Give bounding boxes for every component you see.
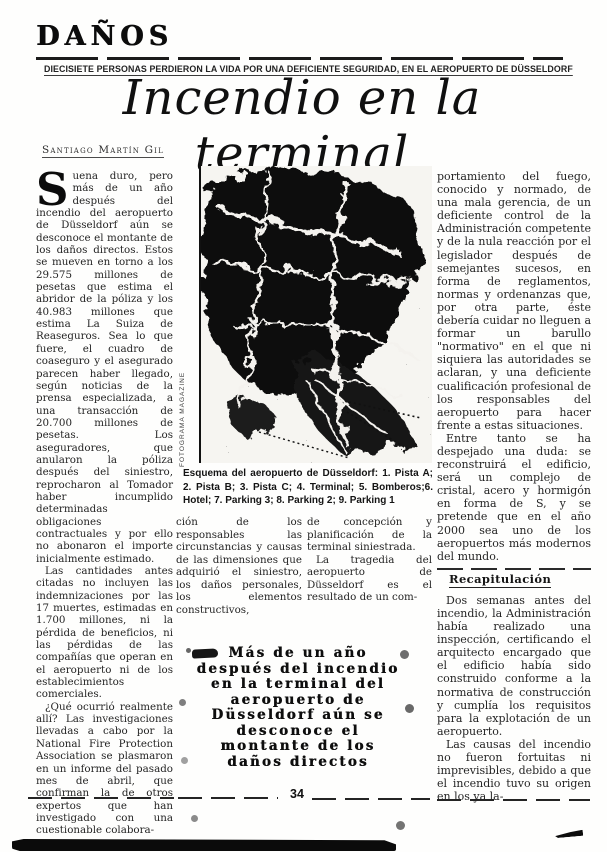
subhead-recapitulacion: Recapitulación [449, 573, 551, 588]
column-middle-left: ción de los responsables las circunstanc… [176, 516, 302, 616]
column-left: Suena duro, pero más de un año después d… [36, 170, 173, 837]
paragraph: de concepción y planificación de la term… [307, 516, 432, 554]
paragraph: portamiento del fuego, conocido y normad… [437, 170, 591, 432]
footer-rule [437, 799, 590, 801]
pull-quote: Más de un año después del incendio en la… [190, 646, 406, 770]
photo-credit: FOTOGRAMA MAGAZINE [179, 372, 186, 467]
section-title: DAÑOS [36, 21, 173, 52]
header-rule [36, 57, 563, 60]
page-number: 34 [281, 787, 313, 801]
drop-cap: S [36, 170, 73, 207]
paragraph: ¿Qué ocurrió realmente allí? Las investi… [36, 701, 173, 837]
paragraph: Dos semanas antes del incendio, la Admin… [437, 594, 591, 738]
column-middle-right: de concepción y planificación de la term… [307, 516, 432, 604]
magazine-page: { "page": { "section": "DAÑOS", "kicker"… [0, 0, 607, 852]
footer-rule [178, 797, 278, 799]
paragraph: Las causas del incendio no fueron fortui… [437, 738, 591, 803]
paragraph-lead: Suena duro, pero más de un año después d… [36, 170, 173, 565]
scan-artifact-bar [12, 839, 396, 851]
subhead-rule [437, 568, 591, 570]
paragraph-lead-text: uena duro, pero más de un año después de… [36, 170, 173, 565]
paragraph: Las cantidades antes citadas no incluyen… [36, 565, 173, 701]
scan-artifact-dash [555, 830, 583, 838]
airport-schema-image [199, 166, 432, 463]
column-right: portamiento del fuego, conocido y normad… [437, 170, 591, 803]
paragraph: Entre tanto se ha despejado una duda: se… [437, 432, 591, 563]
footer-rule [312, 798, 430, 800]
paragraph: La tragedia del aeropuerto de Düsseldorf… [307, 554, 432, 604]
figure-caption: Esquema del aeropuerto de Düsseldorf: 1.… [183, 467, 433, 508]
paragraph: ción de los responsables las circunstanc… [176, 516, 302, 616]
airport-schema-figure [199, 166, 432, 463]
byline: Santiago Martín Gil [42, 144, 164, 158]
footer-rule [28, 797, 174, 799]
